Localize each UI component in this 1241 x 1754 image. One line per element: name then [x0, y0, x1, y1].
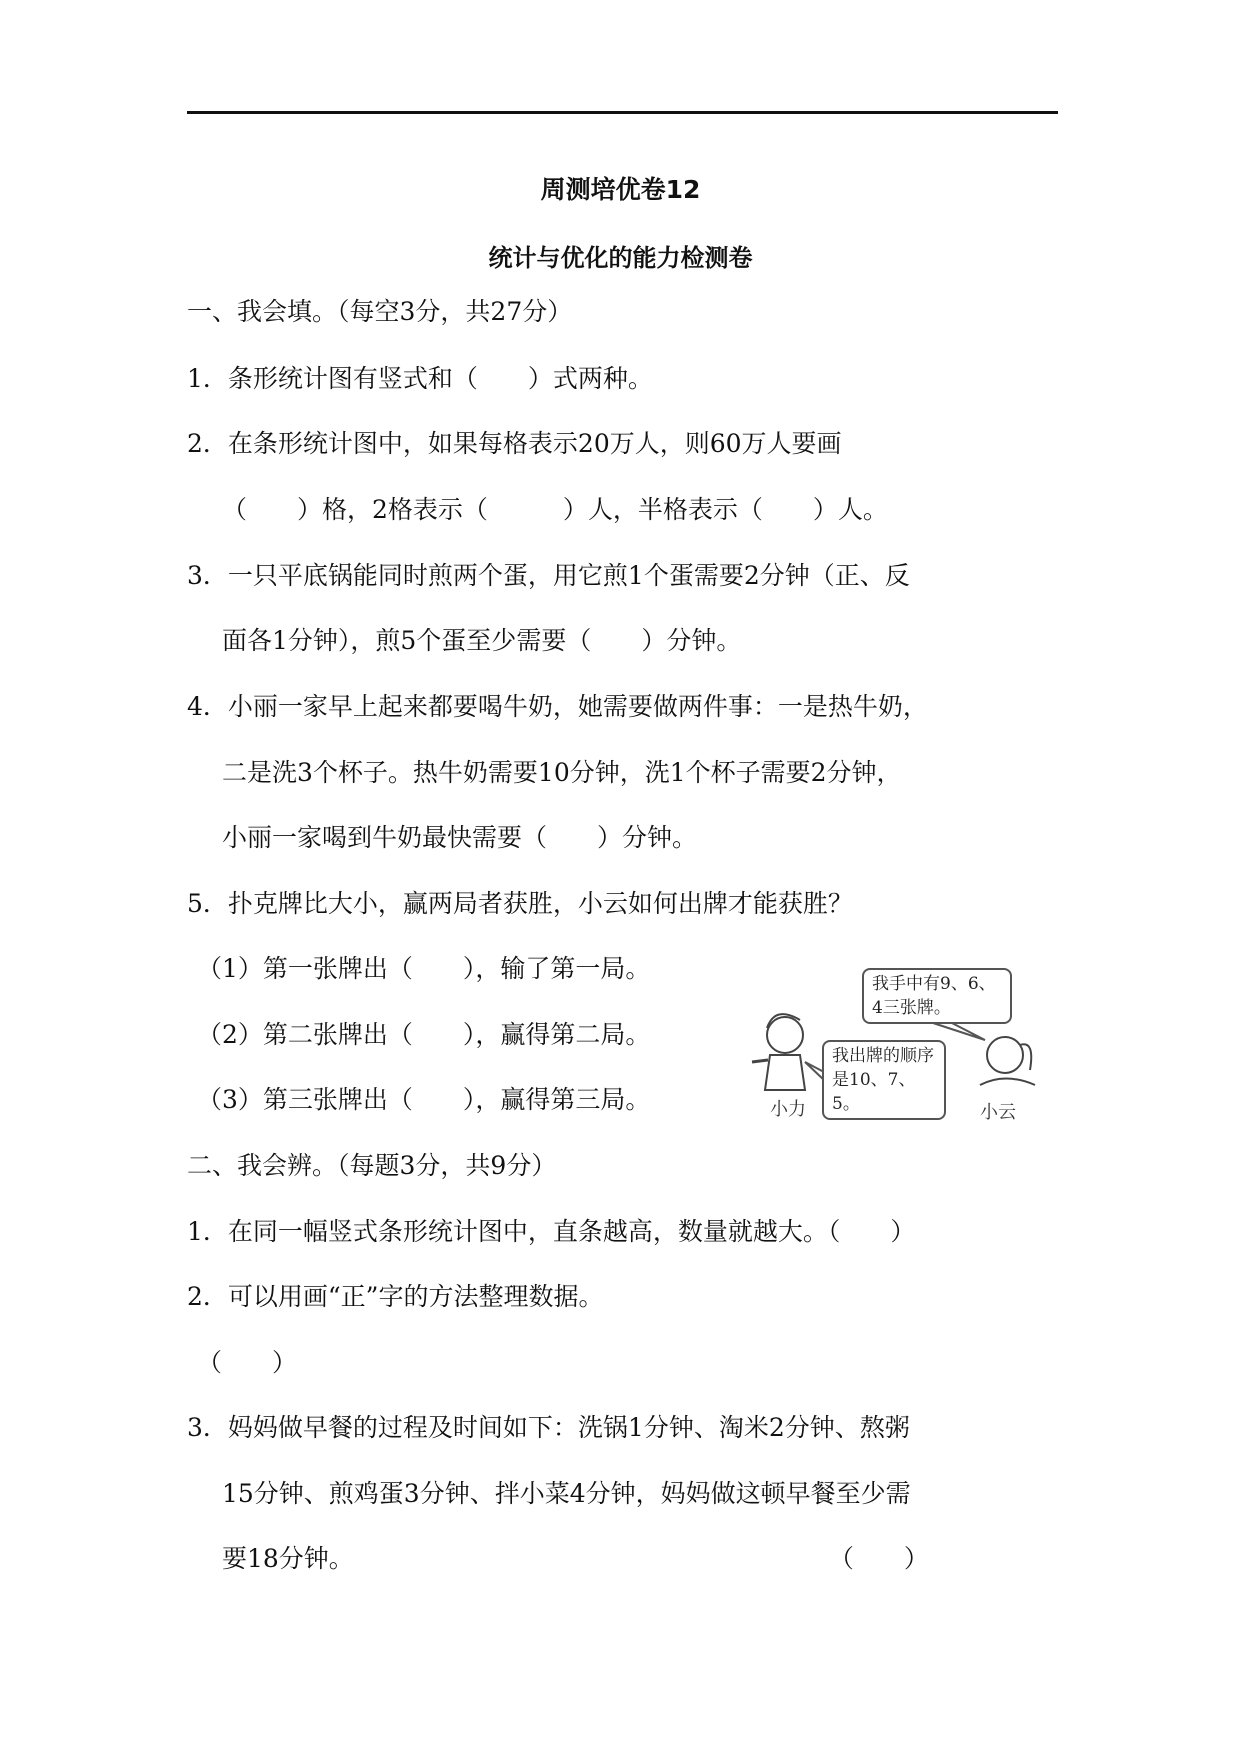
question-1-5-part3: （3）第三张牌出（ ），赢得第三局。	[197, 1084, 650, 1116]
question-1-5-part1: （1）第一张牌出（ ），输了第一局。	[197, 953, 650, 985]
section2-heading: 二、我会辨。（每题3分，共9分）	[187, 1150, 556, 1182]
question-1-1: 1．条形统计图有竖式和（ ）式两种。	[187, 363, 653, 395]
question-2-3-cont2: 要18分钟。 （ ）	[222, 1543, 929, 1575]
caption-xiaoyun: 小云	[980, 1098, 1016, 1124]
question-1-5: 5．扑克牌比大小，赢两局者获胜，小云如何出牌才能获胜？	[187, 888, 853, 920]
question-1-4: 4．小丽一家早上起来都要喝牛奶，她需要做两件事：一是热牛奶，	[187, 691, 928, 723]
card-game-illustration: 我手中有9、6、4三张牌。 我出牌的顺序是10、7、5。 小力 小云	[740, 960, 1070, 1130]
question-2-1: 1．在同一幅竖式条形统计图中，直条越高，数量就越大。（ ）	[187, 1216, 915, 1248]
question-1-4-cont1: 二是洗3个杯子。热牛奶需要10分钟，洗1个杯子需要2分钟，	[222, 757, 902, 789]
speech-bubble-xiaoli: 我出牌的顺序是10、7、5。	[822, 1040, 946, 1120]
header-rule	[187, 111, 1058, 114]
page-subtitle: 统计与优化的能力检测卷	[0, 238, 1241, 273]
question-1-2-cont: （ ）格，2格表示（ ）人，半格表示（ ）人。	[222, 494, 888, 526]
question-1-3: 3．一只平底锅能同时煎两个蛋，用它煎1个蛋需要2分钟（正、反	[187, 560, 910, 592]
caption-xiaoli: 小力	[770, 1095, 806, 1121]
question-1-4-cont2: 小丽一家喝到牛奶最快需要（ ）分钟。	[222, 822, 697, 854]
page-title: 周测培优卷12	[0, 170, 1241, 206]
section1-heading: 一、我会填。（每空3分，共27分）	[187, 296, 572, 328]
question-2-3: 3．妈妈做早餐的过程及时间如下：洗锅1分钟、淘米2分钟、熬粥	[187, 1412, 910, 1444]
question-2-3-cont1: 15分钟、煎鸡蛋3分钟、拌小菜4分钟，妈妈做这顿早餐至少需	[222, 1478, 911, 1510]
question-2-2-answer: （ ）	[197, 1347, 297, 1379]
question-1-5-part2: （2）第二张牌出（ ），赢得第二局。	[197, 1019, 650, 1051]
question-1-3-cont: 面各1分钟），煎5个蛋至少需要（ ）分钟。	[222, 625, 741, 657]
speech-bubble-xiaoyun: 我手中有9、6、4三张牌。	[862, 968, 1012, 1024]
question-1-2: 2．在条形统计图中，如果每格表示20万人，则60万人要画	[187, 428, 842, 460]
question-2-2: 2．可以用画“正”字的方法整理数据。	[187, 1281, 603, 1313]
